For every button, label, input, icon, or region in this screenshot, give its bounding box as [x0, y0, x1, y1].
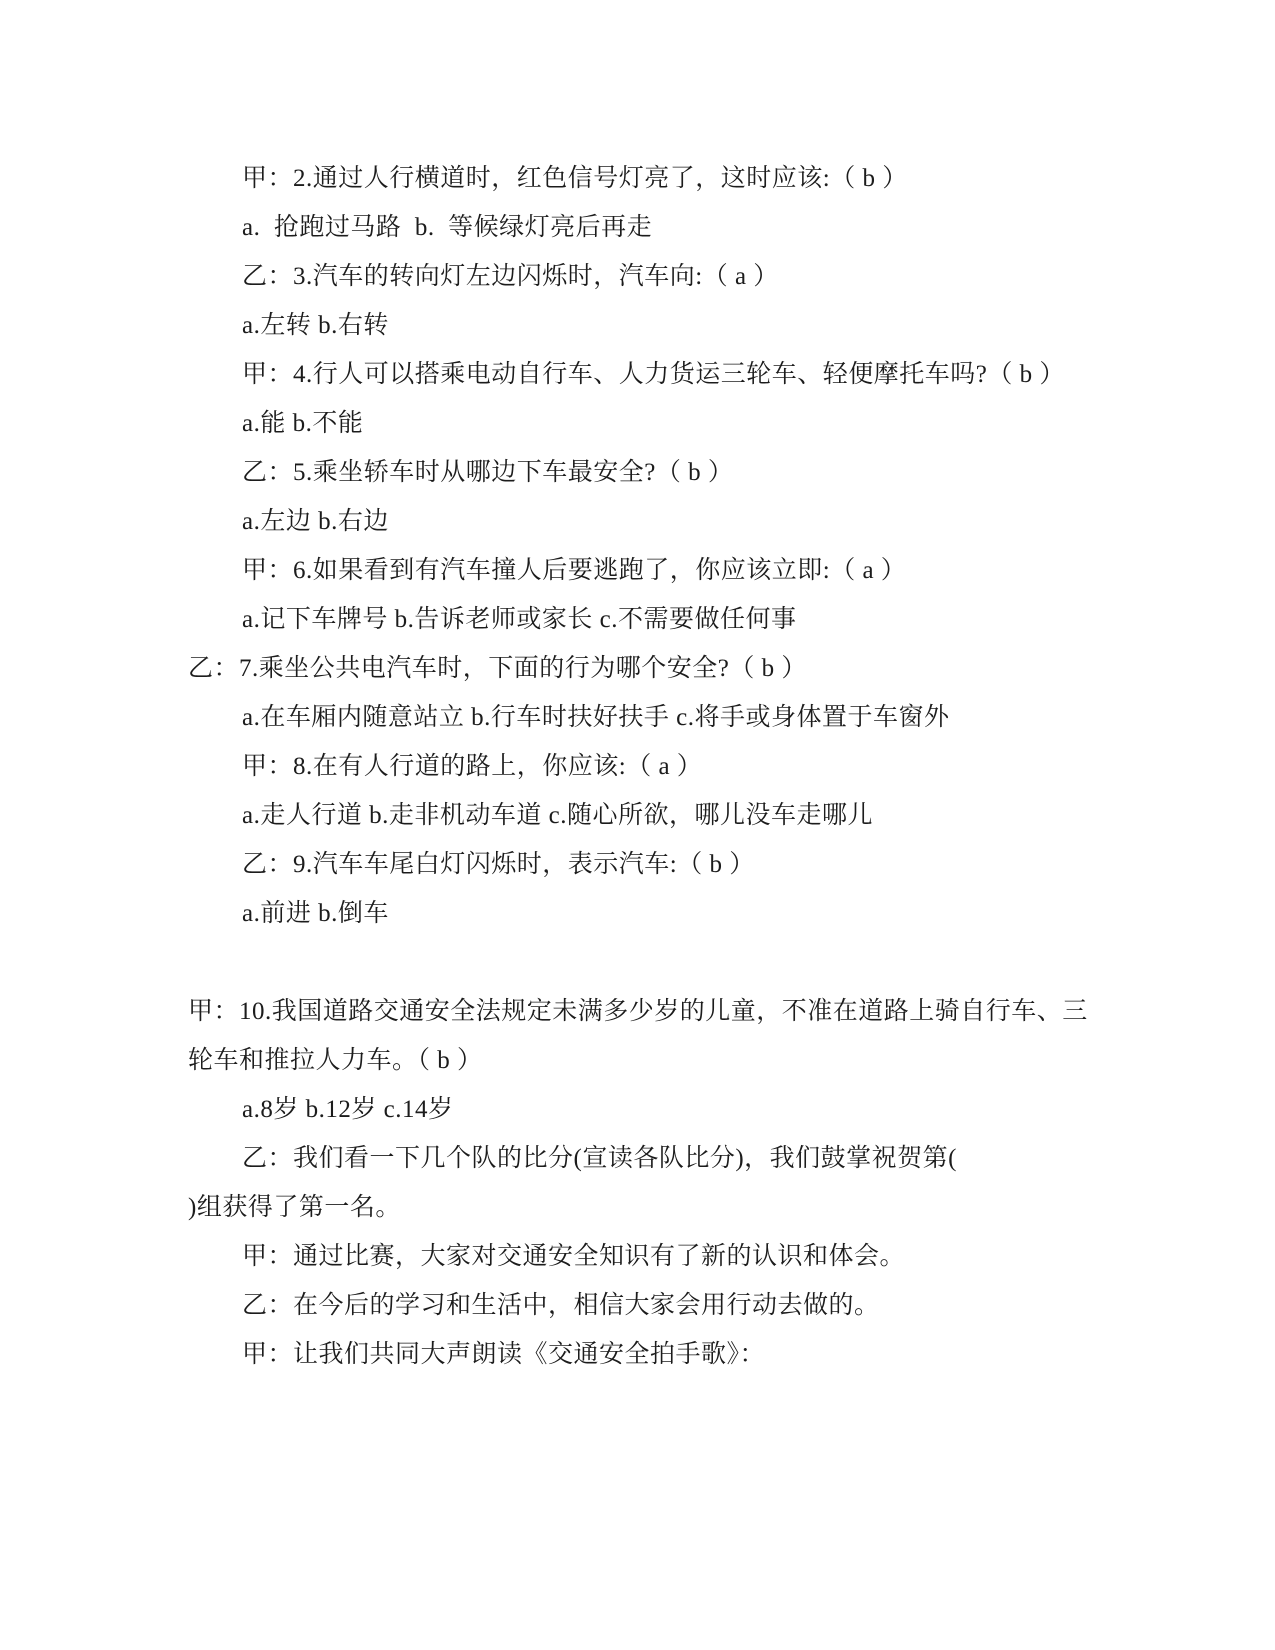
answer-options-line: a.左转 b.右转	[188, 301, 1098, 350]
dialogue-line-continuation: 轮车和推拉人力车。（ b ）	[188, 1036, 1098, 1085]
dialogue-line: 乙：在今后的学习和生活中，相信大家会用行动去做的。	[188, 1281, 1098, 1330]
blank-line	[188, 938, 1098, 987]
dialogue-line: 乙：7.乘坐公共电汽车时，下面的行为哪个安全?（ b ）	[188, 644, 1098, 693]
answer-options-line: a.左边 b.右边	[188, 497, 1098, 546]
answer-options-line: a.走人行道 b.走非机动车道 c.随心所欲，哪儿没车走哪儿	[188, 791, 1098, 840]
answer-options-line: a.在车厢内随意站立 b.行车时扶好扶手 c.将手或身体置于车窗外	[188, 693, 1098, 742]
answer-options-line: a.前进 b.倒车	[188, 889, 1098, 938]
dialogue-line: 乙：5.乘坐轿车时从哪边下车最安全?（ b ）	[188, 448, 1098, 497]
document-body: 甲：2.通过人行横道时，红色信号灯亮了，这时应该:（ b ） a. 抢跑过马路 …	[188, 154, 1098, 1379]
dialogue-line: 甲：6.如果看到有汽车撞人后要逃跑了，你应该立即:（ a ）	[188, 546, 1098, 595]
dialogue-line: 甲：8.在有人行道的路上，你应该:（ a ）	[188, 742, 1098, 791]
answer-options-line: a.8岁 b.12岁 c.14岁	[188, 1085, 1098, 1134]
dialogue-line: 乙：9.汽车车尾白灯闪烁时，表示汽车:（ b ）	[188, 840, 1098, 889]
dialogue-line-continuation: )组获得了第一名。	[188, 1183, 1098, 1232]
answer-options-line: a.能 b.不能	[188, 399, 1098, 448]
dialogue-line: 甲：通过比赛，大家对交通安全知识有了新的认识和体会。	[188, 1232, 1098, 1281]
dialogue-line: 乙：我们看一下几个队的比分(宣读各队比分)，我们鼓掌祝贺第(	[188, 1134, 1098, 1183]
dialogue-line: 甲：让我们共同大声朗读《交通安全拍手歌》：	[188, 1330, 1098, 1379]
answer-options-line: a. 抢跑过马路 b. 等候绿灯亮后再走	[188, 203, 1098, 252]
dialogue-line: 甲：10.我国道路交通安全法规定未满多少岁的儿童，不准在道路上骑自行车、三	[188, 987, 1098, 1036]
dialogue-line: 甲：4.行人可以搭乘电动自行车、人力货运三轮车、轻便摩托车吗?（ b ）	[188, 350, 1098, 399]
dialogue-line: 乙：3.汽车的转向灯左边闪烁时，汽车向:（ a ）	[188, 252, 1098, 301]
dialogue-line: 甲：2.通过人行横道时，红色信号灯亮了，这时应该:（ b ）	[188, 154, 1098, 203]
document-page: 甲：2.通过人行横道时，红色信号灯亮了，这时应该:（ b ） a. 抢跑过马路 …	[0, 0, 1275, 1650]
answer-options-line: a.记下车牌号 b.告诉老师或家长 c.不需要做任何事	[188, 595, 1098, 644]
